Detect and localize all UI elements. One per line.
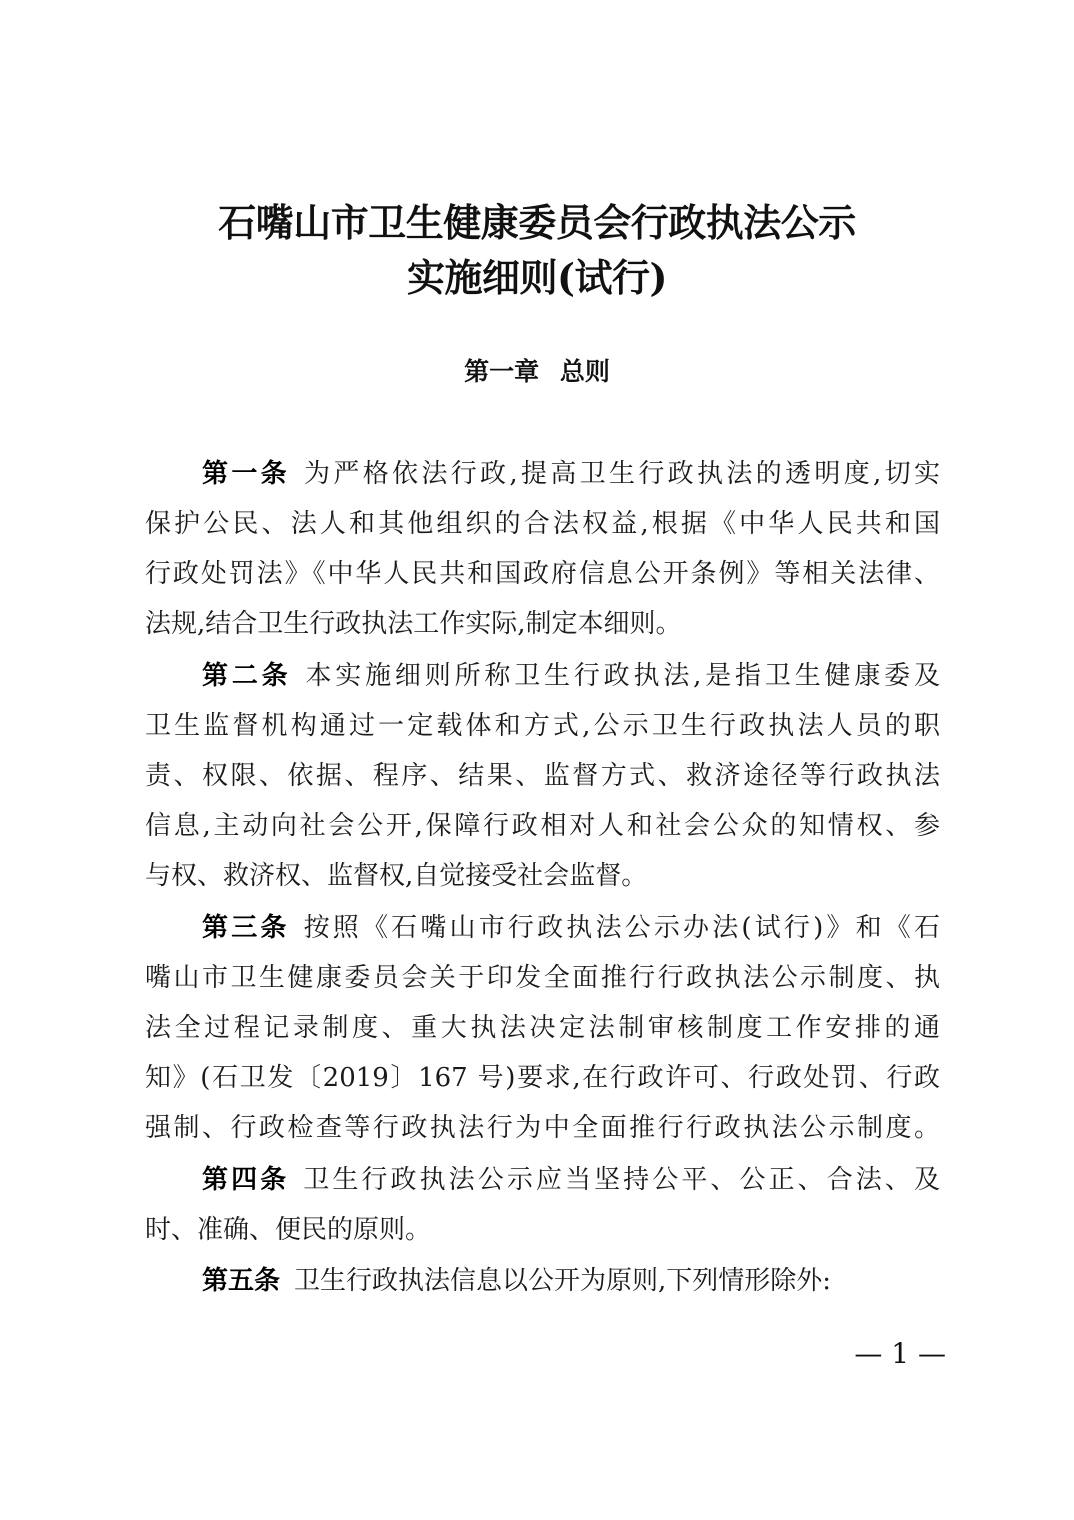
article-2-line-1: 第二条本实施细则所称卫生行政执法,是指卫生健康委及 <box>202 656 940 696</box>
article-1-line-2: 保护公民、法人和其他组织的合法权益,根据《中华人民共和国 <box>145 504 940 544</box>
article-4-line-1: 第四条卫生行政执法公示应当坚持公平、公正、合法、及 <box>202 1160 940 1200</box>
article-3-line-5: 强制、行政检查等行政执法行为中全面推行行政执法公示制度。 <box>145 1108 940 1148</box>
article-5-line-1: 第五条卫生行政执法信息以公开为原则,下列情形除外: <box>202 1261 940 1301</box>
article-3-line-2: 嘴山市卫生健康委员会关于印发全面推行行政执法公示制度、执 <box>145 958 940 998</box>
article-label: 第二条 <box>202 661 291 691</box>
article-3-line-4: 知》(石卫发〔2019〕167 号)要求,在行政许可、行政处罚、行政 <box>145 1058 940 1098</box>
article-2-line-4: 信息,主动向社会公开,保障行政相对人和社会公众的知情权、参 <box>145 806 940 846</box>
article-3-line-3: 法全过程记录制度、重大执法决定法制审核制度工作安排的通 <box>145 1008 940 1048</box>
article-2-line-2: 卫生监督机构通过一定载体和方式,公示卫生行政执法人员的职 <box>145 706 940 746</box>
page-number: — 1 — <box>836 1337 946 1370</box>
article-label: 第四条 <box>202 1165 289 1195</box>
chapter-heading: 第一章 总则 <box>0 352 1074 388</box>
article-label: 第五条 <box>202 1266 280 1296</box>
article-label: 第三条 <box>202 913 290 943</box>
article-4-line-2: 时、准确、便民的原则。 <box>145 1210 940 1250</box>
article-2-line-5: 与权、救济权、监督权,自觉接受社会监督。 <box>145 856 940 896</box>
article-1-line-3: 行政处罚法》《中华人民共和国政府信息公开条例》等相关法律、 <box>145 554 940 594</box>
article-label: 第一条 <box>202 459 290 489</box>
document-title-line-1: 石嘴山市卫生健康委员会行政执法公示 <box>0 192 1074 247</box>
article-3-line-1: 第三条按照《石嘴山市行政执法公示办法(试行)》和《石 <box>202 908 940 948</box>
document-title-line-2: 实施细则(试行) <box>0 247 1074 302</box>
article-2-line-3: 责、权限、依据、程序、结果、监督方式、救济途径等行政执法 <box>145 756 940 796</box>
article-1-line-4: 法规,结合卫生行政执法工作实际,制定本细则。 <box>145 604 940 644</box>
article-1-line-1: 第一条为严格依法行政,提高卫生行政执法的透明度,切实 <box>202 454 940 494</box>
